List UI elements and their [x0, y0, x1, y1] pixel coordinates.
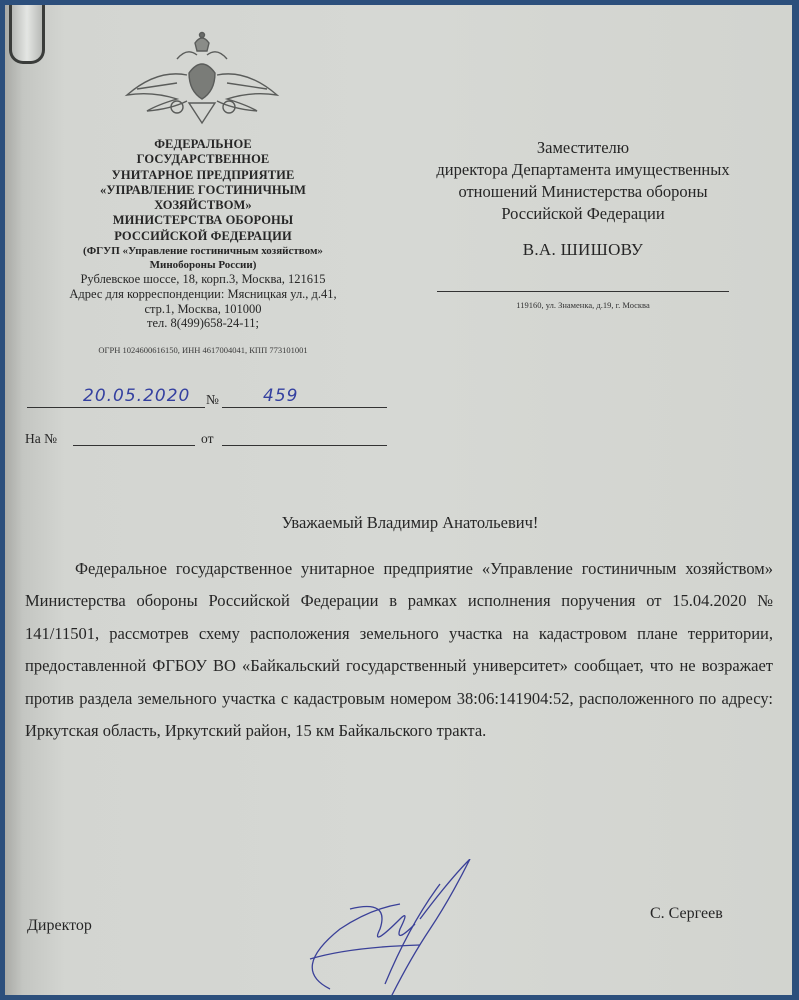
- signature-block: Директор С. Сергеев: [5, 875, 792, 995]
- reference-registration: На № от: [25, 427, 387, 451]
- double-headed-eagle-emblem: [117, 29, 287, 125]
- org-short-name: (ФГУП «Управление гостиничным хозяйством…: [25, 244, 381, 272]
- outgoing-number: 459: [263, 386, 298, 406]
- letter-body: Федеральное государственное унитарное пр…: [25, 553, 773, 747]
- signatory-title: Директор: [27, 917, 92, 935]
- addressee-name: В.А. ШИШОВУ: [393, 239, 773, 261]
- reference-number-blank: [73, 445, 195, 446]
- outgoing-registration: 20.05.2020 № 459: [25, 389, 387, 413]
- number-label: №: [206, 392, 219, 408]
- sender-letterhead: ФЕДЕРАЛЬНОЕ ГОСУДАРСТВЕННОЕ УНИТАРНОЕ ПР…: [25, 137, 381, 355]
- letter-greeting: Уважаемый Владимир Анатольевич!: [25, 513, 792, 533]
- date-underline: [27, 407, 205, 408]
- addressee-block: Заместителю директора Департамента имуще…: [393, 137, 773, 316]
- org-address: Рублевское шоссе, 18, корп.3, Москва, 12…: [25, 272, 381, 331]
- document-page: ФЕДЕРАЛЬНОЕ ГОСУДАРСТВЕННОЕ УНИТАРНОЕ ПР…: [5, 5, 792, 995]
- reference-number-label: На №: [25, 431, 57, 447]
- signatory-name: С. Сергеев: [650, 905, 723, 923]
- paperclip: [9, 5, 45, 64]
- outgoing-date: 20.05.2020: [83, 386, 190, 406]
- org-name: ФЕДЕРАЛЬНОЕ ГОСУДАРСТВЕННОЕ УНИТАРНОЕ ПР…: [25, 137, 381, 244]
- reference-date-blank: [222, 445, 387, 446]
- handwritten-signature: [290, 859, 490, 995]
- number-underline: [222, 407, 387, 408]
- addressee-address: 119160, ул. Знаменка, д.19, г. Москва: [393, 294, 773, 316]
- org-registration-ids: ОГРН 1024600616150, ИНН 4617004041, КПП …: [25, 345, 381, 355]
- addressee-divider: [437, 291, 729, 292]
- reference-date-label: от: [201, 431, 213, 447]
